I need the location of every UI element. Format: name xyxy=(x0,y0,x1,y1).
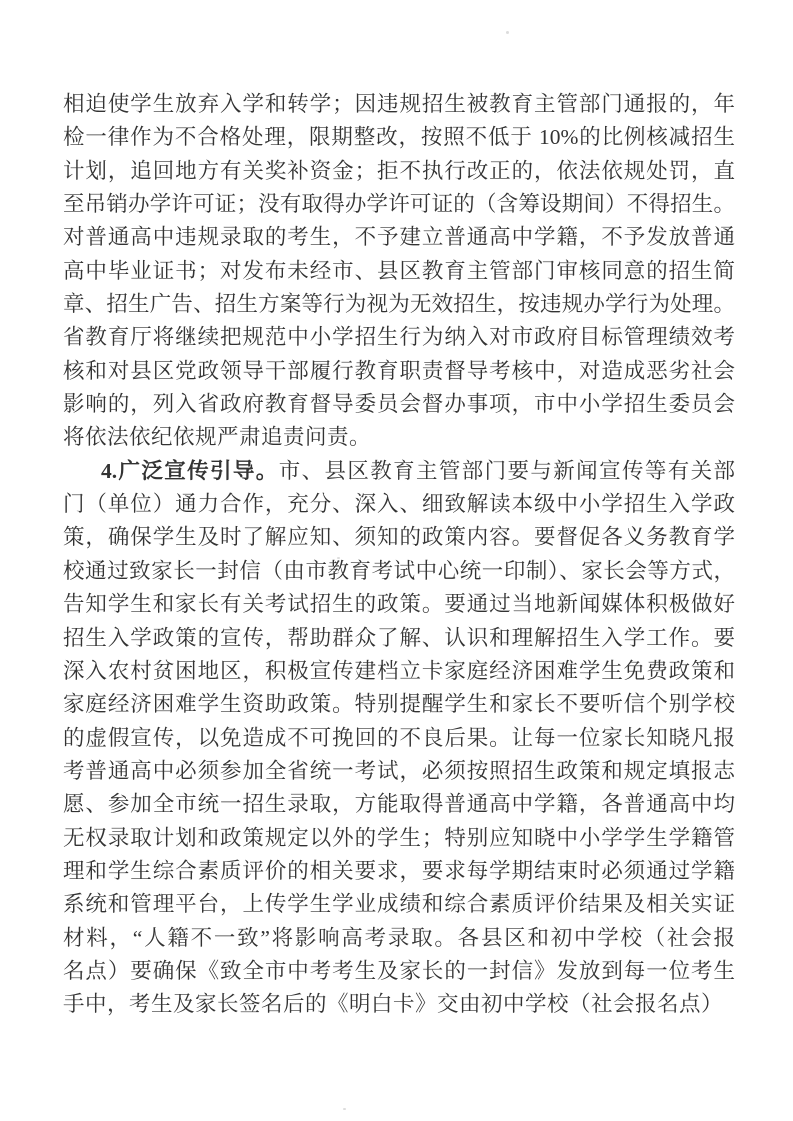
line-text: 省教育厅将继续把规范中小学招生行为纳入对市政府目标管理绩效考 xyxy=(63,325,735,349)
line-text: 考普通高中必须参加全省统一考试，必须按照招生政策和规定填报志 xyxy=(63,759,735,783)
text-line: 考普通高中必须参加全省统一考试，必须按照招生政策和规定填报志 xyxy=(63,755,735,788)
text-line: 手中，考生及家长签名后的《明白卡》交由初中学校（社会报名点） xyxy=(63,988,735,1021)
text-line: 影响的，列入省政府教育督导委员会督办事项，市中小学招生委员会 xyxy=(63,388,735,421)
line-text: 相迫使学生放弃入学和转学；因违规招生被教育主管部门通报的，年 xyxy=(63,92,735,116)
line-text: 对普通高中违规录取的考生，不予建立普通高中学籍，不予发放普通 xyxy=(63,225,735,249)
line-text: 愿、参加全市统一招生录取，方能取得普通高中学籍，各普通高中均 xyxy=(63,792,735,816)
line-text: 系统和管理平台，上传学生学业成绩和综合素质评价结果及相关实证 xyxy=(63,892,735,916)
document-page: 相迫使学生放弃入学和转学；因违规招生被教育主管部门通报的，年检一律作为不合格处理… xyxy=(0,0,793,1121)
text-line: 名点）要确保《致全市中考考生及家长的一封信》发放到每一位考生 xyxy=(63,955,735,988)
text-line: 策，确保学生及时了解应知、须知的政策内容。要督促各义务教育学 xyxy=(63,521,735,554)
scan-speck xyxy=(343,1108,346,1110)
line-text: 无权录取计划和政策规定以外的学生；特别应知晓中小学学生学籍管 xyxy=(63,826,735,850)
line-text: 深入农村贫困地区，积极宣传建档立卡家庭经济困难学生免费政策和 xyxy=(63,659,735,683)
text-line: 深入农村贫困地区，积极宣传建档立卡家庭经济困难学生免费政策和 xyxy=(63,655,735,688)
line-text: 手中，考生及家长签名后的《明白卡》交由初中学校（社会报名点） xyxy=(63,992,723,1016)
text-line: 家庭经济困难学生资助政策。特别提醒学生和家长不要听信个别学校 xyxy=(63,688,735,721)
text-line: 检一律作为不合格处理，限期整改，按照不低于 10%的比例核减招生 xyxy=(63,121,735,154)
line-text: 检一律作为不合格处理，限期整改，按照不低于 10%的比例核减招生 xyxy=(63,125,735,149)
text-line: 计划，追回地方有关奖补资金；拒不执行改正的，依法依规处罚，直 xyxy=(63,155,735,188)
scan-speck xyxy=(506,31,509,34)
line-text: 告知学生和家长有关考试招生的政策。要通过当地新闻媒体积极做好 xyxy=(63,592,735,616)
text-line: 核和对县区党政领导干部履行教育职责督导考核中，对造成恶劣社会 xyxy=(63,355,735,388)
line-text: 市、县区教育主管部门要与新闻宣传等有关部 xyxy=(279,459,735,483)
line-text: 材料，“人籍不一致”将影响高考录取。各县区和初中学校（社会报 xyxy=(63,926,735,950)
line-text: 策，确保学生及时了解应知、须知的政策内容。要督促各义务教育学 xyxy=(63,525,735,549)
text-line: 无权录取计划和政策规定以外的学生；特别应知晓中小学学生学籍管 xyxy=(63,822,735,855)
line-text: 名点）要确保《致全市中考考生及家长的一封信》发放到每一位考生 xyxy=(63,959,735,983)
text-line: 相迫使学生放弃入学和转学；因违规招生被教育主管部门通报的，年 xyxy=(63,88,735,121)
line-text: 至吊销办学许可证；没有取得办学许可证的（含筹设期间）不得招生。 xyxy=(63,192,735,216)
text-line: 材料，“人籍不一致”将影响高考录取。各县区和初中学校（社会报 xyxy=(63,922,735,955)
line-text: 计划，追回地方有关奖补资金；拒不执行改正的，依法依规处罚，直 xyxy=(63,159,735,183)
text-line: 对普通高中违规录取的考生，不予建立普通高中学籍，不予发放普通 xyxy=(63,221,735,254)
text-line: 高中毕业证书；对发布未经市、县区教育主管部门审核同意的招生简 xyxy=(63,255,735,288)
line-text: 核和对县区党政领导干部履行教育职责督导考核中，对造成恶劣社会 xyxy=(63,359,735,383)
text-line: 的虚假宣传，以免造成不可挽回的不良后果。让每一位家长知晓凡报 xyxy=(63,722,735,755)
text-line: 招生入学政策的宣传，帮助群众了解、认识和理解招生入学工作。要 xyxy=(63,622,735,655)
text-line: 省教育厅将继续把规范中小学招生行为纳入对市政府目标管理绩效考 xyxy=(63,321,735,354)
text-line: 告知学生和家长有关考试招生的政策。要通过当地新闻媒体积极做好 xyxy=(63,588,735,621)
text-line: 至吊销办学许可证；没有取得办学许可证的（含筹设期间）不得招生。 xyxy=(63,188,735,221)
text-line: 校通过致家长一封信（由市教育考试中心统一印制）、家长会等方式， xyxy=(63,555,735,588)
line-text: 校通过致家长一封信（由市教育考试中心统一印制）、家长会等方式， xyxy=(63,559,735,583)
text-line: 愿、参加全市统一招生录取，方能取得普通高中学籍，各普通高中均 xyxy=(63,788,735,821)
text-line: 门（单位）通力合作，充分、深入、细致解读本级中小学招生入学政 xyxy=(63,488,735,521)
line-text: 招生入学政策的宣传，帮助群众了解、认识和理解招生入学工作。要 xyxy=(63,626,735,650)
line-text: 将依法依纪依规严肃追责问责。 xyxy=(63,425,371,449)
text-line: 章、招生广告、招生方案等行为视为无效招生，按违规办学行为处理。 xyxy=(63,288,735,321)
scan-speck xyxy=(337,557,340,559)
line-text: 家庭经济困难学生资助政策。特别提醒学生和家长不要听信个别学校 xyxy=(63,692,735,716)
line-text: 理和学生综合素质评价的相关要求，要求每学期结束时必须通过学籍 xyxy=(63,859,735,883)
line-text: 的虚假宣传，以免造成不可挽回的不良后果。让每一位家长知晓凡报 xyxy=(63,726,735,750)
line-text: 高中毕业证书；对发布未经市、县区教育主管部门审核同意的招生简 xyxy=(63,259,735,283)
text-line: 理和学生综合素质评价的相关要求，要求每学期结束时必须通过学籍 xyxy=(63,855,735,888)
line-text: 章、招生广告、招生方案等行为视为无效招生，按违规办学行为处理。 xyxy=(63,292,735,316)
text-line: 系统和管理平台，上传学生学业成绩和综合素质评价结果及相关实证 xyxy=(63,888,735,921)
text-line: 将依法依纪依规严肃追责问责。 xyxy=(63,421,735,454)
paragraph-number-bold-lead: 4.广泛宣传引导。 xyxy=(101,459,279,483)
line-text: 影响的，列入省政府教育督导委员会督办事项，市中小学招生委员会 xyxy=(63,392,735,416)
line-text: 门（单位）通力合作，充分、深入、细致解读本级中小学招生入学政 xyxy=(63,492,735,516)
document-text-block: 相迫使学生放弃入学和转学；因违规招生被教育主管部门通报的，年检一律作为不合格处理… xyxy=(63,88,735,1022)
text-line: 4.广泛宣传引导。市、县区教育主管部门要与新闻宣传等有关部 xyxy=(63,455,735,488)
